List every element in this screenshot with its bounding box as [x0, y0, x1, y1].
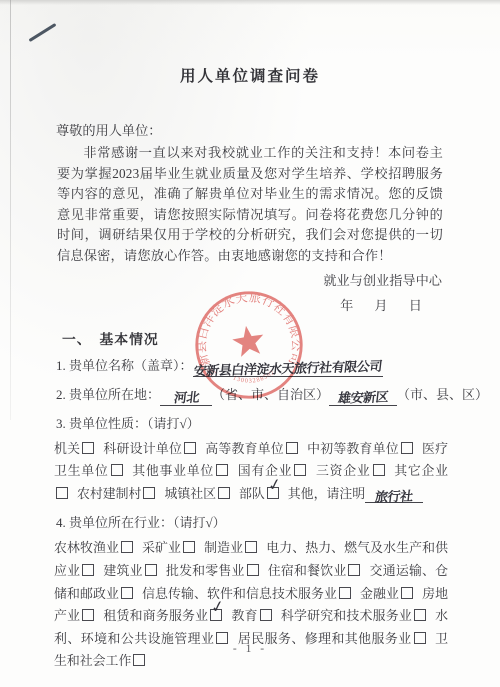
- page-number: - 1 -: [0, 643, 500, 655]
- option-label: 城镇社区: [164, 487, 216, 501]
- checkbox-icon[interactable]: [82, 609, 94, 621]
- checkbox-icon[interactable]: [184, 442, 196, 454]
- option-ind-it-services[interactable]: 信息传输、软件和信息技术服务业: [142, 587, 351, 601]
- option-label: 中初等教育单位: [307, 442, 399, 456]
- option-org-other-institution[interactable]: 其他事业单位: [132, 464, 229, 478]
- q2-city-suffix: （市、县、区）: [397, 387, 488, 402]
- checkbox-checked-icon[interactable]: ✓: [267, 487, 279, 499]
- option-label: 科研设计单位: [103, 442, 182, 456]
- checkbox-icon[interactable]: [373, 464, 385, 476]
- option-org-other-note[interactable]: 其他，请注明旅行社: [288, 487, 423, 501]
- q2-city-field[interactable]: 雄安新区: [337, 388, 389, 407]
- option-org-government[interactable]: 机关: [54, 442, 94, 456]
- salutation: 尊敬的用人单位：: [0, 86, 500, 139]
- checkbox-icon[interactable]: [401, 442, 413, 454]
- checkbox-icon[interactable]: [216, 632, 228, 644]
- option-ind-mining[interactable]: 采矿业: [142, 541, 195, 555]
- checkmark-icon: ✓: [210, 598, 226, 616]
- checkbox-icon[interactable]: [183, 541, 195, 553]
- checkbox-icon[interactable]: [218, 487, 230, 499]
- checkbox-icon[interactable]: [260, 609, 272, 621]
- option-ind-hospitality-catering[interactable]: 住宿和餐饮业: [268, 564, 361, 578]
- checkbox-icon[interactable]: [245, 541, 257, 553]
- option-label: 批发和零售业: [166, 564, 245, 578]
- question-1: 1. 贵单位名称（盖章）：安新县白洋淀水天旅行社有限公司: [0, 357, 500, 377]
- option-label: 租赁和商务服务业: [103, 609, 208, 623]
- option-org-mid-primary-education[interactable]: 中初等教育单位: [307, 442, 413, 456]
- scan-edge-line: [10, 0, 11, 420]
- option-label: 金融业: [360, 587, 399, 601]
- checkbox-icon[interactable]: [145, 564, 157, 576]
- option-org-higher-education[interactable]: 高等教育单位: [205, 442, 298, 456]
- option-label: 其它企业: [394, 464, 449, 478]
- checkbox-icon[interactable]: [82, 564, 94, 576]
- option-label: 机关: [54, 442, 80, 456]
- checkbox-checked-icon[interactable]: ✓: [210, 609, 222, 621]
- option-label: 部队: [239, 487, 265, 501]
- checkbox-icon[interactable]: [414, 609, 426, 621]
- option-ind-manufacturing[interactable]: 制造业: [204, 541, 257, 555]
- option-label: 制造业: [204, 541, 243, 555]
- q2-province-field[interactable]: 河北: [172, 388, 199, 407]
- q2-province-suffix: （省、市、自治区）: [212, 387, 329, 402]
- question-2: 2. 贵单位所在地：河北（省、市、自治区）雄安新区（市、县、区）: [0, 386, 500, 406]
- checkbox-icon[interactable]: [294, 464, 306, 476]
- q3-label: 3. 贵单位性质：（请打√）: [0, 415, 500, 433]
- q1-label: 1. 贵单位名称（盖章）：: [56, 358, 193, 373]
- option-org-rural-village[interactable]: 农村建制村: [77, 487, 155, 501]
- checkbox-icon[interactable]: [121, 587, 133, 599]
- intro-paragraph: 非常感谢一直以来对我校就业工作的关注和支持！本问卷主要为掌握2023届毕业生就业…: [0, 143, 500, 267]
- option-label: 科学研究和技术服务业: [281, 609, 412, 623]
- q4-label: 4. 贵单位所在行业：（请打√）: [0, 514, 500, 532]
- q3-options-group: 机关科研设计单位高等教育单位中初等教育单位医疗卫生单位其他事业单位国有企业三资企…: [0, 438, 500, 506]
- checkbox-icon[interactable]: [348, 564, 360, 576]
- checkbox-icon[interactable]: [401, 587, 413, 599]
- option-label: 其他事业单位: [132, 464, 215, 478]
- checkbox-icon[interactable]: [56, 487, 68, 499]
- option-label: 教育: [231, 609, 257, 623]
- checkbox-icon[interactable]: [414, 632, 426, 644]
- option-ind-agriculture[interactable]: 农林牧渔业: [54, 541, 133, 555]
- option-label: 高等教育单位: [205, 442, 284, 456]
- checkbox-icon[interactable]: [286, 442, 298, 454]
- checkbox-icon[interactable]: [339, 587, 351, 599]
- handwritten-note: 旅行社: [374, 485, 414, 509]
- option-ind-construction[interactable]: 建筑业: [103, 564, 157, 578]
- option-ind-leasing-business-services[interactable]: 租赁和商务服务业✓: [103, 609, 222, 623]
- option-label: 国有企业: [237, 464, 292, 478]
- option-ind-wholesale-retail[interactable]: 批发和零售业: [166, 564, 259, 578]
- option-label: 农村建制村: [77, 487, 141, 501]
- questionnaire-page: 用人单位调查问卷 尊敬的用人单位： 非常感谢一直以来对我校就业工作的关注和支持！…: [0, 0, 500, 687]
- checkmark-icon: ✓: [267, 476, 283, 494]
- option-ind-education[interactable]: 教育: [231, 609, 271, 623]
- option-label: 建筑业: [103, 564, 143, 578]
- option-org-foreign-invested-enterprise[interactable]: 三资企业: [315, 464, 384, 478]
- section-heading: 一、 基本情况: [0, 328, 500, 348]
- option-label: 住宿和餐饮业: [268, 564, 347, 578]
- q1-company-name-field[interactable]: 安新县白洋淀水天旅行社有限公司: [192, 357, 382, 380]
- checkbox-icon[interactable]: [121, 541, 133, 553]
- form-title: 用人单位调查问卷: [0, 0, 500, 86]
- checkbox-icon[interactable]: [111, 464, 123, 476]
- option-label: 其他，请注明: [288, 487, 365, 501]
- option-org-military[interactable]: 部队✓: [239, 487, 279, 501]
- checkbox-icon[interactable]: [143, 487, 155, 499]
- option-label: 采矿业: [142, 541, 181, 555]
- signature-date: 年 月 日: [0, 295, 500, 314]
- option-ind-scientific-research[interactable]: 科学研究和技术服务业: [281, 609, 426, 623]
- option-org-research-design[interactable]: 科研设计单位: [103, 442, 196, 456]
- option-label: 农林牧渔业: [54, 541, 119, 555]
- option-ind-finance[interactable]: 金融业: [360, 587, 413, 601]
- option-label: 信息传输、软件和信息技术服务业: [142, 587, 337, 601]
- signature-org: 就业与创业指导中心: [0, 270, 500, 289]
- option-label: 三资企业: [315, 464, 370, 478]
- option-org-urban-community[interactable]: 城镇社区: [164, 487, 230, 501]
- q2-label: 2. 贵单位所在地：: [56, 387, 160, 402]
- checkbox-icon[interactable]: [247, 564, 259, 576]
- checkbox-icon[interactable]: [82, 442, 94, 454]
- checkbox-icon[interactable]: [216, 464, 228, 476]
- checkbox-icon[interactable]: [133, 654, 145, 666]
- other-note-field[interactable]: 旅行社: [365, 486, 423, 503]
